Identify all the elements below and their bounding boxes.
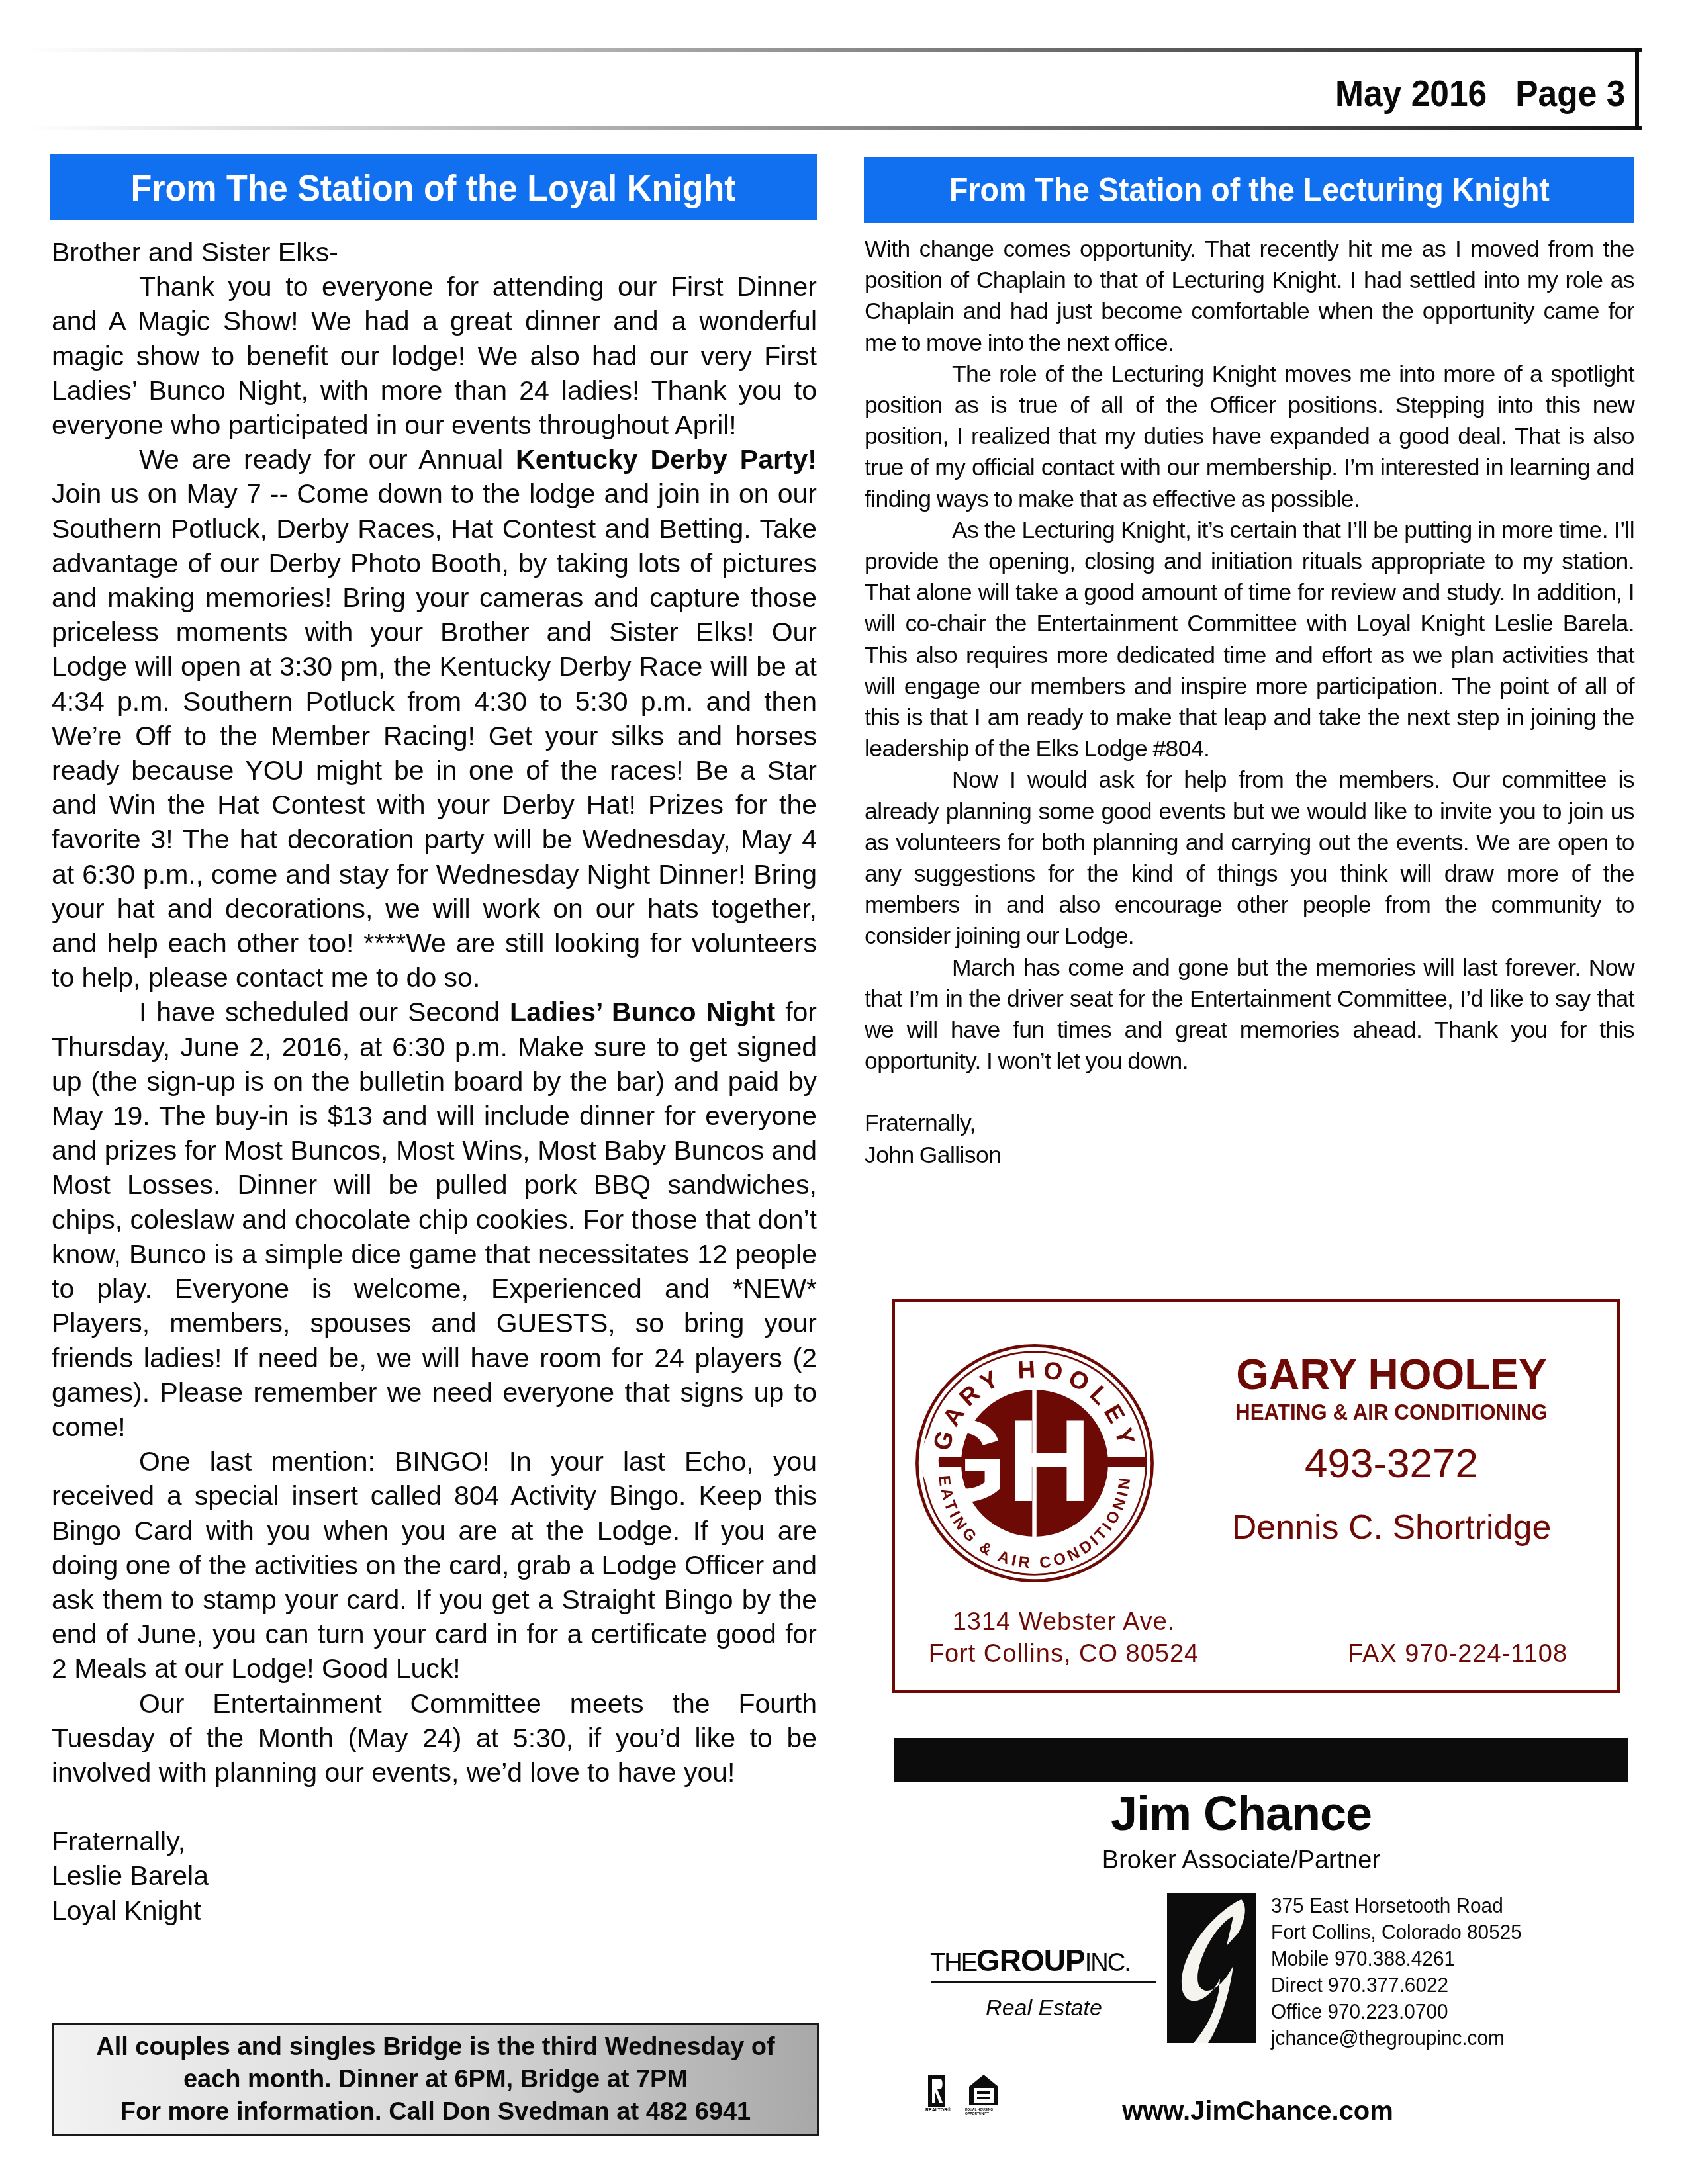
salutation: Brother and Sister Elks- (52, 235, 817, 269)
paragraph: March has come and gone but the memories… (865, 952, 1634, 1077)
paragraph: With change comes opportunity. That rece… (865, 234, 1634, 359)
header-rule-bottom (26, 126, 1642, 130)
mobile-phone: Mobile 970.388.4261 (1271, 1946, 1522, 1972)
paragraph: Our Entertainment Committee meets the Fo… (52, 1686, 817, 1790)
phone-number: 493-3272 (1183, 1440, 1600, 1487)
header-rule-right (1635, 48, 1639, 130)
derby-party-highlight: Kentucky Derby Party! (516, 444, 817, 475)
signer-name: John Gallison (865, 1140, 1634, 1171)
paragraph: Thank you to everyone for attending our … (52, 269, 817, 442)
gary-hooley-logo-icon: GH GARY HOOLEY HEATING & AIR CONDITIONIN… (912, 1341, 1157, 1586)
lecturing-knight-article: With change comes opportunity. That rece… (865, 234, 1634, 1171)
issue-date: May 2016 (1335, 72, 1487, 114)
email-link[interactable]: jchance@thegroupinc.com (1271, 2025, 1522, 2052)
group-g-monogram-icon (1167, 1893, 1256, 2043)
jim-chance-header-bar (894, 1738, 1628, 1782)
equal-housing-label: EQUAL HOUSING OPPORTUNITY (965, 2108, 1004, 2116)
realtor-label: REALTOR® (925, 2108, 951, 2113)
lecturing-knight-banner: From The Station of the Lecturing Knight (864, 157, 1634, 223)
paragraph: We are ready for our Annual Kentucky Der… (52, 442, 817, 995)
loyal-knight-banner: From The Station of the Loyal Knight (50, 154, 817, 220)
signer-title: Loyal Knight (52, 1893, 817, 1928)
bunco-night-highlight: Ladies’ Bunco Night (510, 997, 775, 1027)
bridge-line: All couples and singles Bridge is the th… (96, 2031, 774, 2064)
loyal-knight-title: From The Station of the Loyal Knight (131, 166, 736, 209)
office-city: Fort Collins, Colorado 80525 (1271, 1919, 1522, 1946)
header-rule-top (26, 48, 1642, 52)
bridge-line: each month. Dinner at 6PM, Bridge at 7PM (183, 2064, 688, 2096)
paragraph: Now I would ask for help from the member… (865, 764, 1634, 952)
bridge-notice-box: All couples and singles Bridge is the th… (52, 2023, 819, 2136)
direct-phone: Direct 970.377.6022 (1271, 1972, 1522, 1999)
issue-page-label: May 2016 Page 3 (1335, 71, 1625, 114)
agent-contact-info: 375 East Horsetooth Road Fort Collins, C… (1271, 1893, 1532, 2052)
address-line-2: Fort Collins, CO 80524 (918, 1640, 1209, 1668)
office-address: 375 East Horsetooth Road (1271, 1893, 1522, 1919)
gary-hooley-ad: GH GARY HOOLEY HEATING & AIR CONDITIONIN… (892, 1299, 1620, 1693)
lecturing-knight-title: From The Station of the Lecturing Knight (949, 171, 1550, 209)
paragraph: One last mention: BINGO! In your last Ec… (52, 1444, 817, 1686)
signer-name: Leslie Barela (52, 1858, 817, 1893)
loyal-knight-article: Brother and Sister Elks- Thank you to ev… (52, 235, 817, 1928)
closing: Fraternally, (865, 1108, 1634, 1139)
company-tagline: HEATING & AIR CONDITIONING (1194, 1400, 1590, 1425)
website-link[interactable]: www.JimChance.com (1019, 2097, 1496, 2126)
fax-number: FAX 970-224-1108 (1319, 1640, 1597, 1668)
contact-name: Dennis C. Shortridge (1183, 1508, 1600, 1547)
page-number: Page 3 (1515, 72, 1625, 114)
the-group-logo: THEGROUPINC. (930, 1942, 1130, 1978)
logo-divider (931, 1981, 1156, 1983)
agent-name: Jim Chance (894, 1787, 1589, 1841)
company-name: GARY HOOLEY (1183, 1350, 1600, 1399)
closing: Fraternally, (52, 1824, 817, 1858)
paragraph: The role of the Lecturing Knight moves m… (865, 359, 1634, 515)
bridge-line: For more information. Call Don Svedman a… (120, 2096, 751, 2128)
real-estate-label: Real Estate (931, 1995, 1156, 2021)
paragraph: As the Lecturing Knight, it’s certain th… (865, 515, 1634, 765)
agent-title: Broker Associate/Partner (894, 1846, 1589, 1875)
office-phone: Office 970.223.0700 (1271, 1999, 1522, 2025)
address-line-1: 1314 Webster Ave. (918, 1608, 1209, 1637)
paragraph: I have scheduled our Second Ladies’ Bunc… (52, 995, 817, 1444)
